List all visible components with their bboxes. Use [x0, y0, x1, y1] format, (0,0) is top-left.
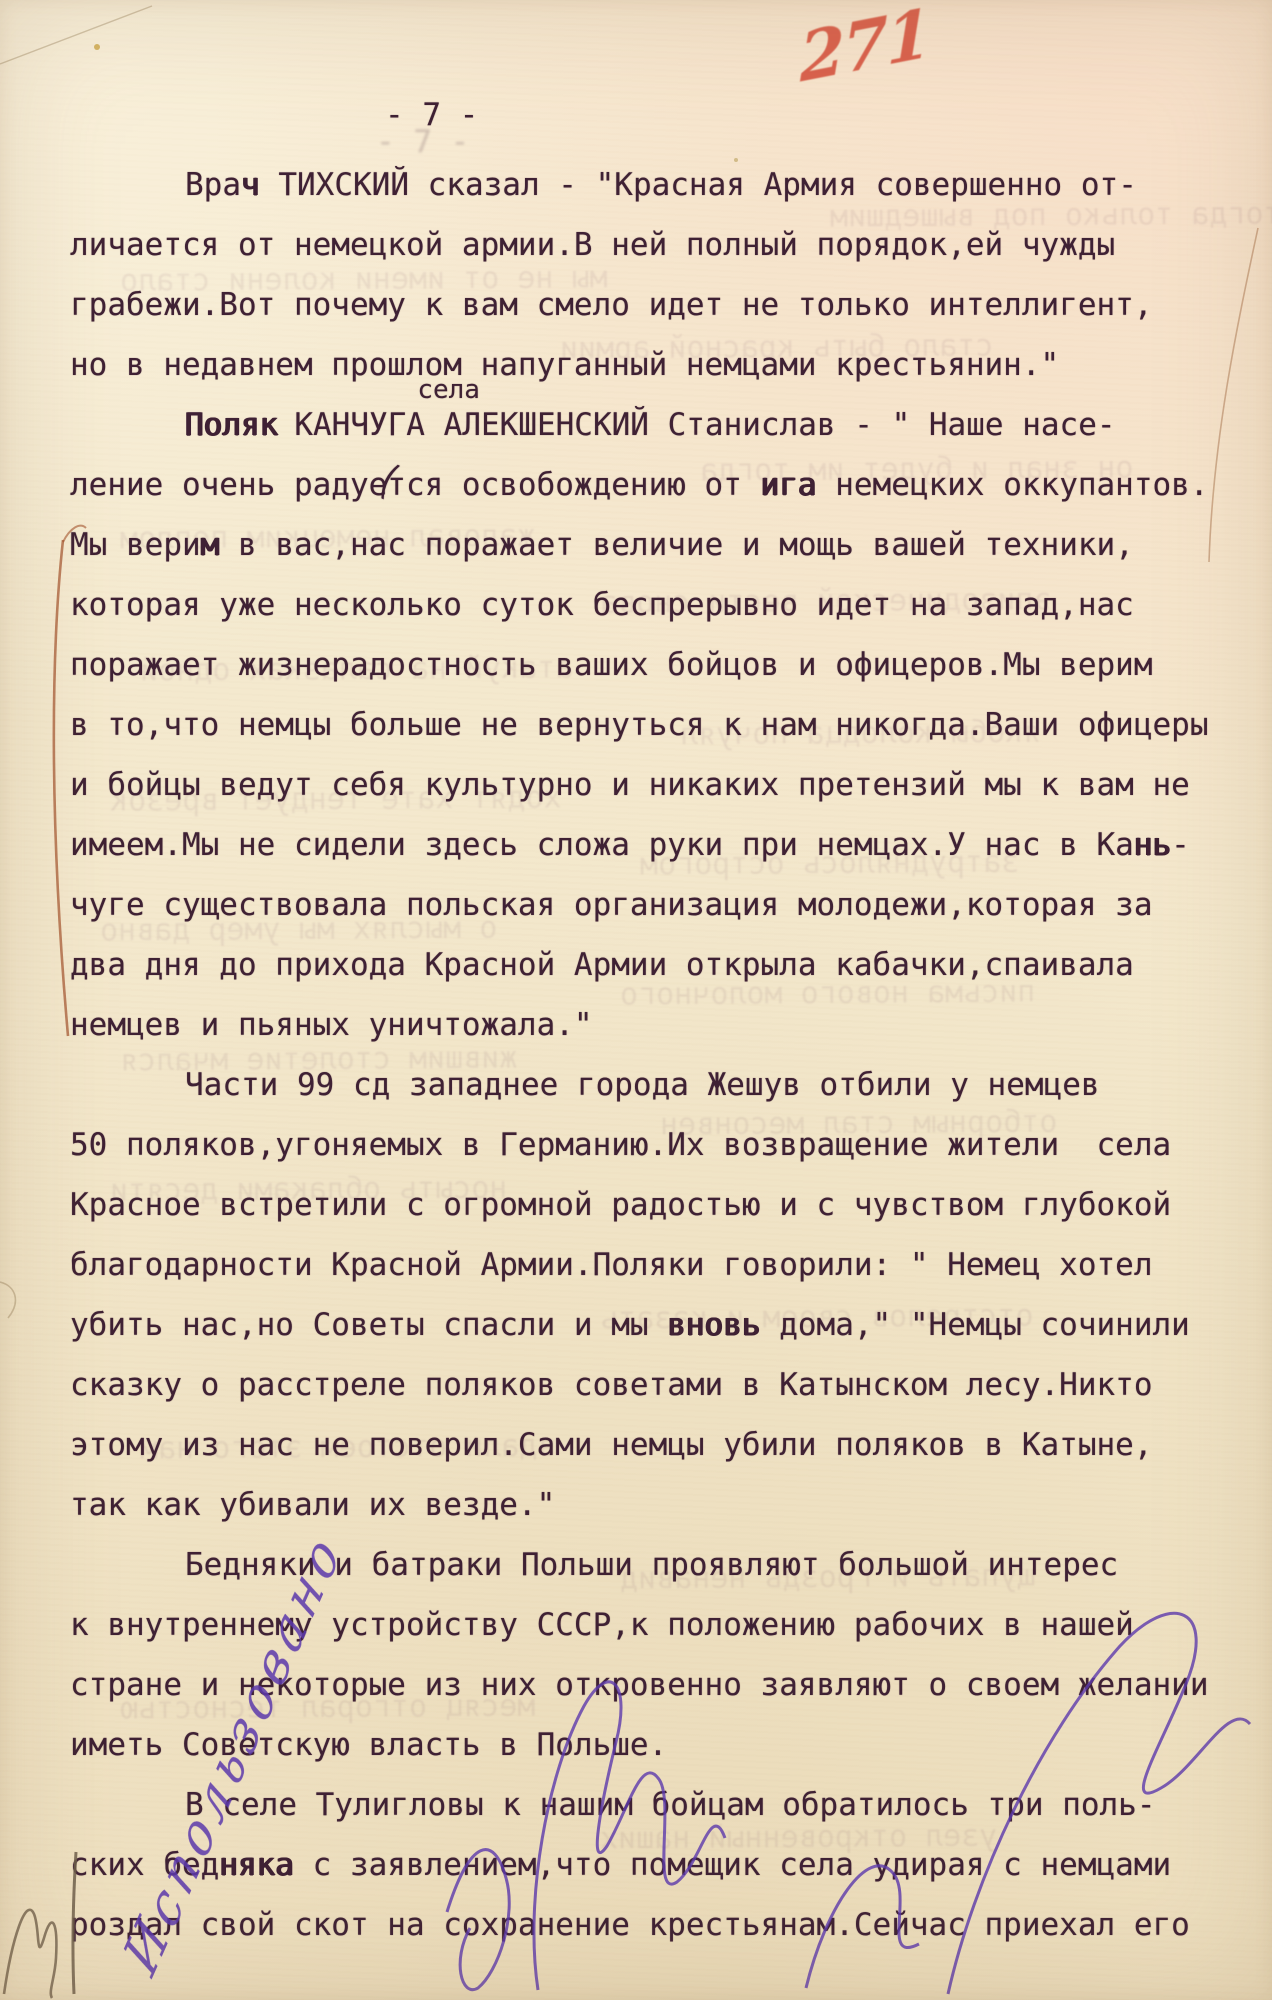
typed-segment: В селе Тулигловы к нашим бойцам обратило…: [185, 1787, 1156, 1823]
typed-line: роздал свой скот на сохранение крестьяна…: [70, 1895, 1240, 1955]
typed-line: немцев и пьяных уничтожала.": [70, 995, 1240, 1055]
typed-line: чуге существовала польская организация м…: [70, 875, 1240, 935]
typed-segment: к внутреннему устройству СССР,к положени…: [70, 1607, 1134, 1643]
typed-segment: сказку о расстреле поляков советами в Ка…: [70, 1367, 1153, 1403]
typed-segment: немецких оккупантов.: [817, 467, 1209, 503]
typed-segment-ov: ига: [761, 467, 817, 503]
typed-segment: в то,что немцы больше не вернуться к нам…: [70, 707, 1208, 743]
typed-line: так как убивали их везде.": [70, 1475, 1240, 1535]
typed-line: Части 99 сд западнее города Жешув отбили…: [70, 1055, 1240, 1115]
typed-line: Поляк(селаКАНЧУГА АЛЕКШЕНСКИЙ Станислав …: [70, 395, 1240, 455]
typed-segment: ТИХСКИЙ сказал - "Красная Армия совершен…: [260, 167, 1137, 203]
typed-line: к внутреннему устройству СССР,к положени…: [70, 1595, 1240, 1655]
typed-segment-ov: м: [201, 527, 220, 563]
typed-segment: 50 поляков,угоняемых в Германию.Их возвр…: [70, 1127, 1171, 1163]
typed-segment: чуге существовала польская организация м…: [70, 887, 1153, 923]
typed-line: личается от немецкой армии.В ней полный …: [70, 215, 1240, 275]
typed-segment: Красное встретили с огромной радостью и …: [70, 1187, 1171, 1223]
typed-segment-ov: вновь: [667, 1307, 760, 1343]
typed-segment: грабежи.Вот почему к вам смело идет не т…: [70, 287, 1153, 323]
typed-line: имеем.Мы не сидели здесь сложа руки при …: [70, 815, 1240, 875]
typed-segment: Части 99 сд западнее города Жешув отбили…: [185, 1067, 1100, 1103]
typed-segment: КАНЧУГА АЛЕКШЕНСКИЙ Станислав - " Наше н…: [294, 407, 1115, 443]
typed-line: которая уже несколько суток беспрерывно …: [70, 575, 1240, 635]
typed-segment: Мы вери: [70, 527, 201, 563]
typed-segment-ov: Поляк: [185, 407, 278, 443]
typed-line: Мы верим в вас,нас поражает величие и мо…: [70, 515, 1240, 575]
typed-line: ских бедняка с заявлением,что помещик се…: [70, 1835, 1240, 1895]
typed-line: два дня до прихода Красной Армии открыла…: [70, 935, 1240, 995]
typed-segment: Вра: [185, 167, 241, 203]
typed-segment-ov: няка: [219, 1847, 294, 1883]
typed-segment: ление очень радуется освобождению от: [70, 467, 761, 503]
typed-line: Бедняки и батраки Польши проявляют больш…: [70, 1535, 1240, 1595]
typed-line: Красное встретили с огромной радостью и …: [70, 1175, 1240, 1235]
typed-paragraph: Поляк(селаКАНЧУГА АЛЕКШЕНСКИЙ Станислав …: [70, 395, 1240, 1055]
typed-line: в то,что немцы больше не вернуться к нам…: [70, 695, 1240, 755]
typed-segment: убить нас,но Советы спасли и мы: [70, 1307, 667, 1343]
typed-page-number: - 7 -: [385, 85, 478, 145]
typed-segment: два дня до прихода Красной Армии открыла…: [70, 947, 1134, 983]
typed-line: ление очень радуется освобождению от ига…: [70, 455, 1240, 515]
typed-segment: но в недавнем прошлом напуганный немцами…: [70, 347, 1059, 383]
typed-line: сказку о расстреле поляков советами в Ка…: [70, 1355, 1240, 1415]
typed-paragraph: Части 99 сд западнее города Жешув отбили…: [70, 1055, 1240, 1535]
typed-segment: роздал свой скот на сохранение крестьяна…: [70, 1907, 1190, 1943]
typed-segment: дома," "Немцы сочинили: [761, 1307, 1190, 1343]
typed-segment: благодарности Красной Армии.Поляки говор…: [70, 1247, 1153, 1283]
typed-line: грабежи.Вот почему к вам смело идет не т…: [70, 275, 1240, 335]
typed-line: убить нас,но Советы спасли и мы вновь до…: [70, 1295, 1240, 1355]
typed-line: Врач ТИХСКИЙ сказал - "Красная Армия сов…: [70, 155, 1240, 215]
typed-segment: этому из нас не поверил.Сами немцы убили…: [70, 1427, 1153, 1463]
typed-segment: иметь Советскую власть в Польше.: [70, 1727, 667, 1763]
typed-segment: немцев и пьяных уничтожала.": [70, 1007, 593, 1043]
typed-line: и бойцы ведут себя культурно и никаких п…: [70, 755, 1240, 815]
typed-segment: с заявлением,что помещик села удирая с н…: [294, 1847, 1171, 1883]
typed-segment: поражает жизнерадостность ваших бойцов и…: [70, 647, 1153, 683]
typed-segment: имеем.Мы не сидели здесь сложа руки при …: [70, 827, 1134, 863]
typed-segment: в вас,нас поражает величие и мощь вашей …: [219, 527, 1134, 563]
typed-line: 50 поляков,угоняемых в Германию.Их возвр…: [70, 1115, 1240, 1175]
typed-paragraph: Врач ТИХСКИЙ сказал - "Красная Армия сов…: [70, 155, 1240, 395]
typed-segment: и бойцы ведут себя культурно и никаких п…: [70, 767, 1190, 803]
typed-segment: -: [1171, 827, 1190, 863]
typed-segment-ov: ч: [241, 167, 260, 203]
typed-line: этому из нас не поверил.Сами немцы убили…: [70, 1415, 1240, 1475]
typed-segment-ov: нь: [1134, 827, 1171, 863]
typed-segment: которая уже несколько суток беспрерывно …: [70, 587, 1134, 623]
typed-segment: личается от немецкой армии.В ней полный …: [70, 227, 1115, 263]
document-page: тогда только под вышедшиммы не от имени …: [0, 0, 1272, 2000]
typed-paragraph: В селе Тулигловы к нашим бойцам обратило…: [70, 1775, 1240, 1955]
typed-line: благодарности Красной Армии.Поляки говор…: [70, 1235, 1240, 1295]
typed-line: но в недавнем прошлом напуганный немцами…: [70, 335, 1240, 395]
typed-line: поражает жизнерадостность ваших бойцов и…: [70, 635, 1240, 695]
